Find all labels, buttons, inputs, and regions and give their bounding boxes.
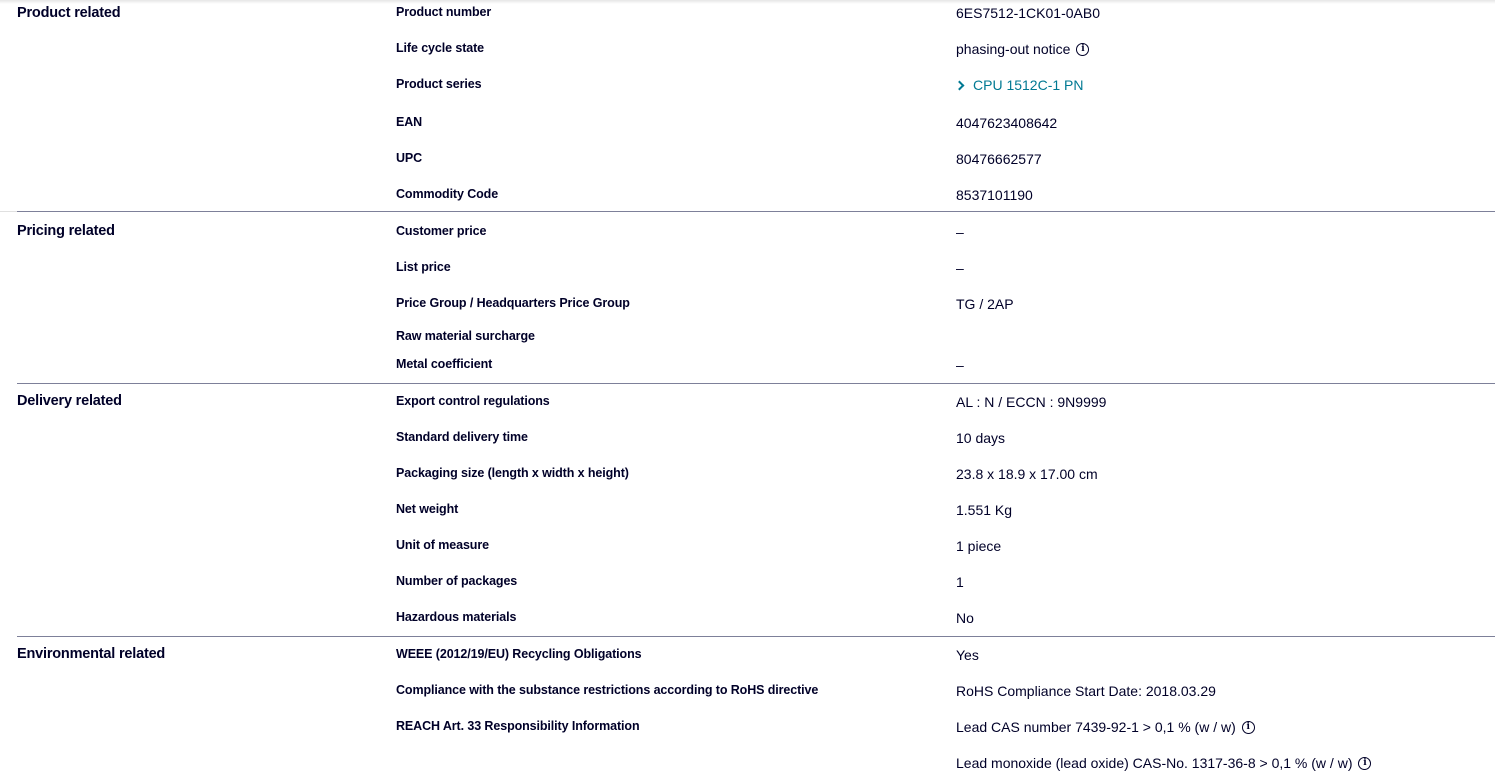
table-row: Packaging size (length x width x height)… (0, 466, 1495, 486)
table-row: Hazardous materials No (0, 610, 1495, 630)
table-row: UPC 80476662577 (0, 151, 1495, 171)
row-value: – (956, 260, 964, 276)
row-value: 23.8 x 18.9 x 17.00 cm (956, 466, 1098, 482)
row-value: TG / 2AP (956, 296, 1014, 312)
row-label: WEEE (2012/19/EU) Recycling Obligations (396, 647, 641, 661)
row-label: Life cycle state (396, 41, 484, 55)
row-label: Price Group / Headquarters Price Group (396, 296, 630, 310)
table-row: Raw material surcharge (0, 329, 1495, 349)
info-icon[interactable]: i (1242, 721, 1255, 734)
row-label: Customer price (396, 224, 486, 238)
table-row: Unit of measure 1 piece (0, 538, 1495, 558)
row-label: Standard delivery time (396, 430, 528, 444)
row-value: Yes (956, 647, 979, 663)
row-label: Product number (396, 5, 491, 19)
row-value: AL : N / ECCN : 9N9999 (956, 394, 1106, 410)
table-row: Net weight 1.551 Kg (0, 502, 1495, 522)
table-row: Price Group / Headquarters Price Group T… (0, 296, 1495, 316)
table-row: List price – (0, 260, 1495, 280)
table-row: EAN 4047623408642 (0, 115, 1495, 135)
row-label: Product series (396, 77, 481, 91)
row-value: 4047623408642 (956, 115, 1057, 131)
row-label: Compliance with the substance restrictio… (396, 683, 818, 697)
info-icon[interactable]: i (1076, 43, 1089, 56)
row-value: Lead CAS number 7439-92-1 > 0,1 % (w / w… (956, 719, 1255, 735)
table-row: WEEE (2012/19/EU) Recycling Obligations … (0, 647, 1495, 667)
row-label: Hazardous materials (396, 610, 516, 624)
row-value: 10 days (956, 430, 1005, 446)
row-value: 8537101190 (956, 187, 1033, 203)
row-label: List price (396, 260, 451, 274)
table-row: Number of packages 1 (0, 574, 1495, 594)
section-divider (0, 211, 1495, 212)
row-label: Packaging size (length x width x height) (396, 466, 629, 480)
row-label: Metal coefficient (396, 357, 492, 371)
row-label: Export control regulations (396, 394, 550, 408)
row-label: UPC (396, 151, 422, 165)
row-label: Number of packages (396, 574, 517, 588)
product-series-text[interactable]: CPU 1512C-1 PN (973, 77, 1084, 93)
row-value: – (956, 357, 964, 373)
row-value: phasing-out notice i (956, 41, 1089, 57)
row-label: Unit of measure (396, 538, 489, 552)
section-divider (17, 383, 1495, 384)
lifecycle-value: phasing-out notice (956, 41, 1070, 57)
table-row: Product number 6ES7512-1CK01-0AB0 (0, 5, 1495, 25)
row-value: RoHS Compliance Start Date: 2018.03.29 (956, 683, 1216, 699)
table-row: Export control regulations AL : N / ECCN… (0, 394, 1495, 414)
row-value: 1.551 Kg (956, 502, 1012, 518)
row-value: 1 piece (956, 538, 1001, 554)
row-value: – (956, 224, 964, 240)
reach-lead-value: Lead CAS number 7439-92-1 > 0,1 % (w / w… (956, 719, 1236, 735)
table-row: Lead monoxide (lead oxide) CAS-No. 1317-… (0, 755, 1495, 775)
table-row: Standard delivery time 10 days (0, 430, 1495, 450)
info-icon[interactable]: i (1358, 757, 1371, 770)
row-value: No (956, 610, 974, 626)
row-value: Lead monoxide (lead oxide) CAS-No. 1317-… (956, 755, 1371, 771)
row-label: Raw material surcharge (396, 329, 535, 343)
row-value: 1 (956, 574, 964, 590)
table-row: Compliance with the substance restrictio… (0, 683, 1495, 703)
row-label: EAN (396, 115, 422, 129)
reach-lead-oxide-value: Lead monoxide (lead oxide) CAS-No. 1317-… (956, 755, 1352, 771)
row-label: Net weight (396, 502, 458, 516)
header-shadow (0, 0, 1495, 4)
row-value: 6ES7512-1CK01-0AB0 (956, 5, 1100, 21)
table-row: Product series CPU 1512C-1 PN (0, 77, 1495, 97)
table-row: Life cycle state phasing-out notice i (0, 41, 1495, 61)
row-label: Commodity Code (396, 187, 498, 201)
product-series-link[interactable]: CPU 1512C-1 PN (950, 77, 1084, 93)
table-row: REACH Art. 33 Responsibility Information… (0, 719, 1495, 739)
chevron-right-icon (955, 80, 965, 90)
row-value: 80476662577 (956, 151, 1042, 167)
table-row: Customer price – (0, 224, 1495, 244)
table-row: Commodity Code 8537101190 (0, 187, 1495, 207)
row-label: REACH Art. 33 Responsibility Information (396, 719, 639, 733)
section-divider (17, 636, 1495, 637)
table-row: Metal coefficient – (0, 357, 1495, 377)
